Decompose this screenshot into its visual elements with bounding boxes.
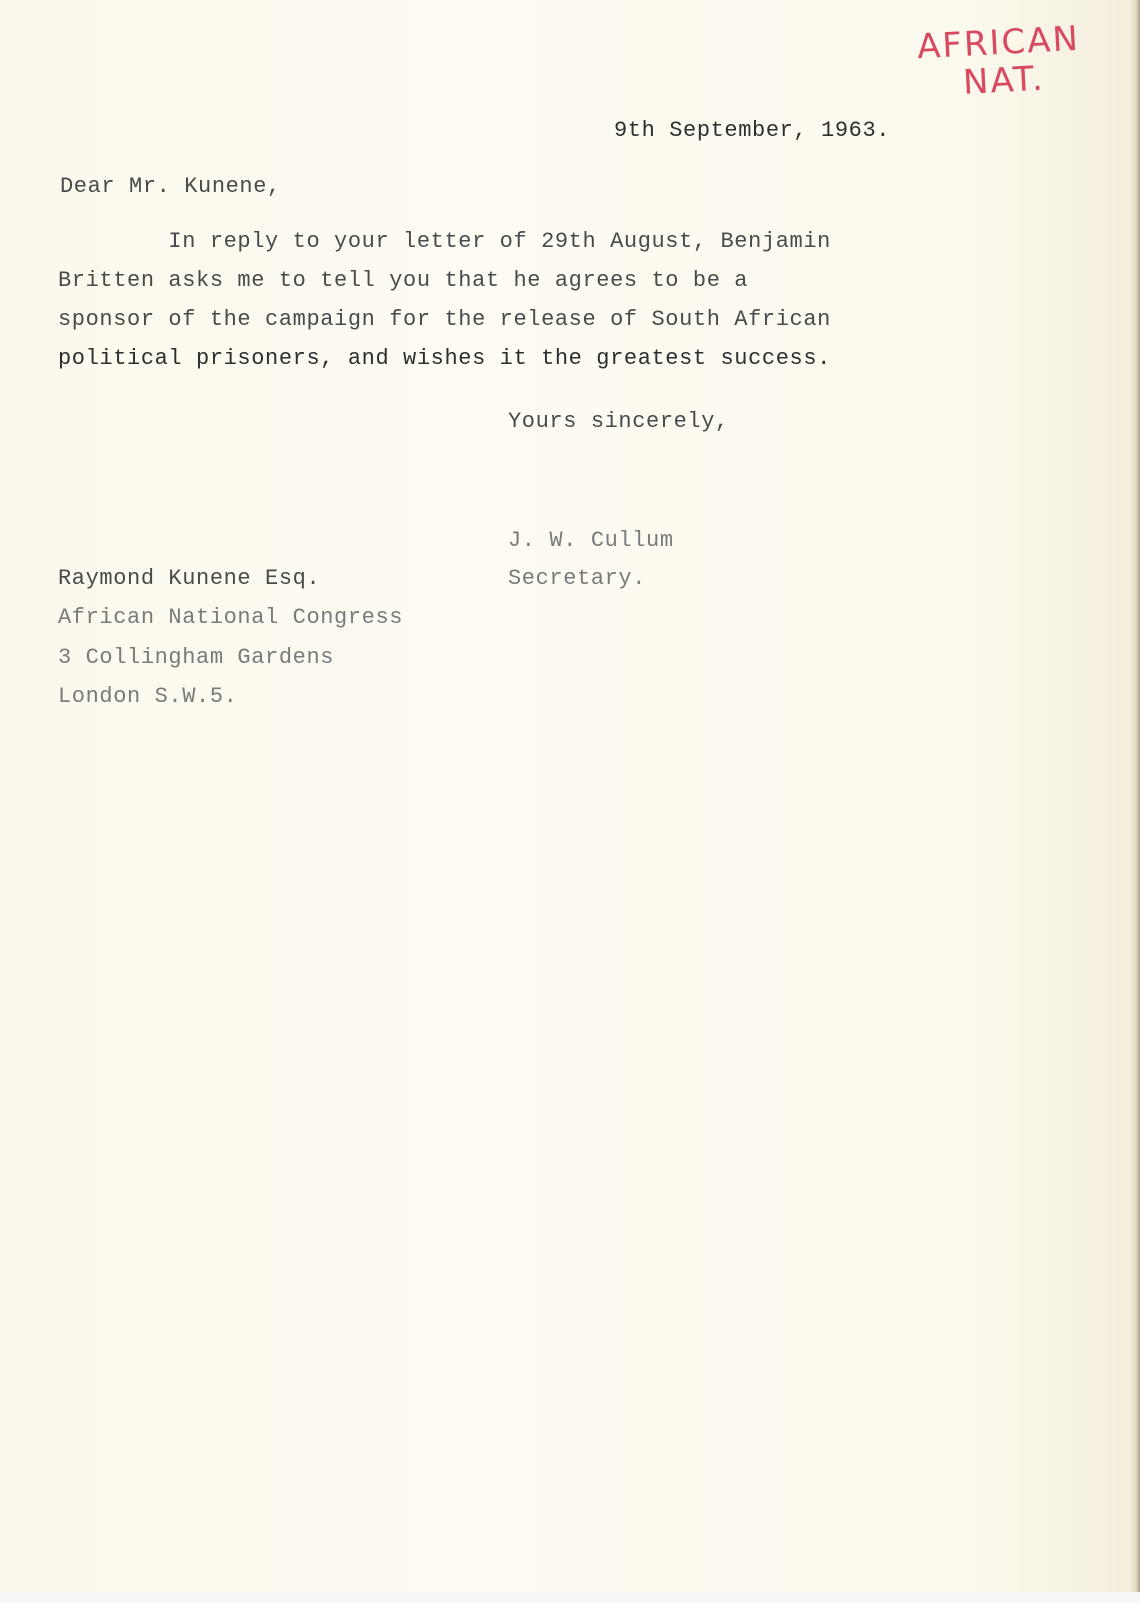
- body-line-2: Britten asks me to tell you that he agre…: [58, 268, 748, 293]
- salutation: Dear Mr. Kunene,: [60, 174, 281, 199]
- page-edge: [1130, 0, 1140, 1592]
- annotation-line-2: NAT.: [962, 60, 1083, 100]
- letter-date: 9th September, 1963.: [614, 118, 890, 143]
- annotation-line-1: AFRICAN: [916, 22, 1080, 64]
- recipient-street: 3 Collingham Gardens: [58, 645, 334, 670]
- recipient-name: Raymond Kunene Esq.: [58, 566, 320, 591]
- body-line-1: In reply to your letter of 29th August, …: [58, 229, 831, 254]
- body-line-3: sponsor of the campaign for the release …: [58, 307, 831, 332]
- letter-page: AFRICAN NAT. 9th September, 1963. Dear M…: [0, 0, 1140, 1592]
- signatory-name: J. W. Cullum: [508, 528, 674, 553]
- recipient-city: London S.W.5.: [58, 684, 237, 709]
- closing: Yours sincerely,: [508, 409, 729, 434]
- recipient-organization: African National Congress: [58, 605, 403, 630]
- signatory-title: Secretary.: [508, 566, 646, 591]
- handwritten-annotation: AFRICAN NAT.: [916, 22, 1082, 102]
- body-line-4: political prisoners, and wishes it the g…: [58, 346, 831, 371]
